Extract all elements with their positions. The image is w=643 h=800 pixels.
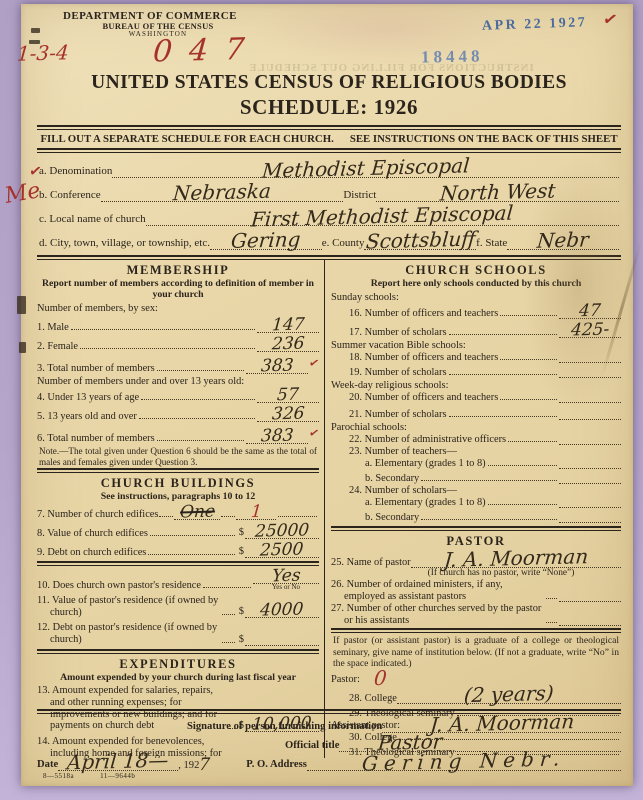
question-label: 4. Under 13 years of age xyxy=(37,392,139,403)
answer-line: 25000 xyxy=(245,524,319,539)
dotted-leader xyxy=(508,441,557,442)
field-label: d. City, town, village, or township, etc… xyxy=(39,237,210,250)
red-check-icon: ✓ xyxy=(307,355,320,372)
question-row-22: 22. Number of administrative officers xyxy=(331,434,621,445)
group-label: Number of members, by sex: xyxy=(37,303,319,314)
handwritten-value: 326 xyxy=(271,407,304,421)
dotted-leader xyxy=(141,399,255,400)
po-address-line: Gering Nebr. xyxy=(307,753,621,771)
red-code: 047 xyxy=(152,39,262,64)
question-row-4: 4. Under 13 years of age 57 xyxy=(37,388,319,403)
answer-line: 2500 xyxy=(245,543,319,558)
question-label: 2. Female xyxy=(37,341,78,352)
edge-mark xyxy=(31,28,40,33)
buildings-heading: CHURCH BUILDINGS xyxy=(37,476,319,491)
right-column: CHURCH SCHOOLS Report here only schools … xyxy=(324,260,621,758)
group-label: Number of members under and over 13 year… xyxy=(37,376,319,387)
field-line: Scottsbluff xyxy=(364,232,476,250)
answer-line: 4000 xyxy=(245,603,319,618)
handwritten-value: 147 xyxy=(271,318,304,332)
red-correction-value: 1 xyxy=(251,506,263,519)
question-label: 7. Number of church edifices xyxy=(37,509,158,520)
question-row-5: 5. 13 years old and over 326 xyxy=(37,407,319,422)
answer-line: (2 years) xyxy=(397,686,621,704)
field-row-denomination: a. Denomination Methodist Episcopal xyxy=(39,154,619,178)
question-label: 9. Debt on church edifices xyxy=(37,547,146,558)
question-row-10: 10. Does church own pastor's residence Y… xyxy=(37,569,319,591)
handwritten-value: 236 xyxy=(271,337,304,351)
correction-line: 1 xyxy=(236,505,276,520)
buildings-subheading: See instructions, paragraphs 10 to 12 xyxy=(37,492,319,503)
answer-line: Yes xyxy=(253,569,319,584)
field-label: c. Local name of church xyxy=(39,213,146,226)
question-label: 26. Number of ordained ministers, if any… xyxy=(331,579,544,602)
question-label: 18. Number of officers and teachers xyxy=(331,352,498,363)
dotted-leader xyxy=(421,519,557,520)
field-label: District xyxy=(343,189,376,202)
handwritten-value: J. A. Moorman xyxy=(443,549,588,568)
membership-subheading: Report number of members according to de… xyxy=(37,279,319,301)
answer-line: J. A. Moorman xyxy=(411,550,621,568)
red-check-icon: ✓ xyxy=(307,425,320,442)
question-label: 22. Number of administrative officers xyxy=(331,434,506,445)
divider xyxy=(331,526,621,531)
official-title-label: Official title xyxy=(285,740,339,752)
handwritten-value: North West xyxy=(439,184,556,202)
dotted-leader xyxy=(421,480,557,481)
graduate-instruction: If pastor (or assistant pastor) is a gra… xyxy=(333,635,619,669)
dotted-leader xyxy=(80,348,255,349)
answer-line: 147 xyxy=(257,318,319,333)
question-label: 16. Number of officers and teachers xyxy=(331,308,498,319)
date-line: April 18— xyxy=(58,753,178,771)
field-label: f. State xyxy=(476,237,507,250)
po-address-label: P. O. Address xyxy=(246,759,307,771)
answer-line-blank xyxy=(559,441,621,445)
census-schedule-sheet: INSTRUCTIONS FOR FILLING OUT SCHEDULE DE… xyxy=(21,4,633,786)
field-line: First Methodist Episcopal xyxy=(146,208,619,226)
field-line: Nebraska xyxy=(101,184,344,202)
dotted-leader xyxy=(488,504,557,505)
answer-line-blank xyxy=(559,416,621,420)
question-row-3: 3. Total number of members 383 ✓ xyxy=(37,356,319,374)
handwritten-value: Scottsbluff xyxy=(365,232,476,250)
dotted-leader xyxy=(222,614,235,615)
question-row-17: 17. Number of scholars 425- xyxy=(331,323,621,338)
handwritten-year-digit: 7 xyxy=(199,759,211,772)
handwritten-value: Methodist Episcopal xyxy=(261,158,470,178)
question-row-8: 8. Value of church edifices $ 25000 xyxy=(37,524,319,539)
question-label: 21. Number of scholars xyxy=(331,409,447,420)
question-row-12: 12. Debt on pastor's residence (if owned… xyxy=(37,622,319,645)
question-label: 6. Total number of members xyxy=(37,433,155,444)
left-column: MEMBERSHIP Report number of members acco… xyxy=(37,260,324,758)
answer-line-blank xyxy=(559,519,621,523)
scanned-census-form-page: { "misc": { "dollar": "$", "check": "✓" … xyxy=(0,0,643,800)
banner-text: FILL OUT A SEPARATE SCHEDULE FOR EACH CH… xyxy=(40,133,333,145)
question-label: 12. Debt on pastor's residence (if owned… xyxy=(37,622,220,645)
date-address-row: Date April 18— , 192 7 P. O. Address Ger… xyxy=(37,753,621,771)
dotted-leader xyxy=(546,598,557,599)
dotted-leader xyxy=(203,587,251,588)
handwritten-value: Gering xyxy=(231,232,302,249)
field-label: e. County xyxy=(322,237,365,250)
form-number-block: 8—5518a 11—9644b xyxy=(37,772,621,780)
signature-section: Signature of person furnishing informati… xyxy=(37,709,621,780)
question-label: 27. Number of other churches served by t… xyxy=(331,603,544,626)
question-row-9: 9. Debt on church edifices $ 2500 xyxy=(37,543,319,558)
handwritten-value: Nebr xyxy=(537,232,590,248)
dotted-leader xyxy=(222,642,235,643)
divider xyxy=(37,468,319,473)
dotted-leader xyxy=(278,516,317,517)
question-label: 24. Number of scholars— xyxy=(331,485,457,496)
question-row-27: 27. Number of other churches served by t… xyxy=(331,603,621,626)
handwritten-value: Pastor xyxy=(377,734,443,751)
question-label: 1. Male xyxy=(37,322,69,333)
handwritten-value: Yes xyxy=(271,570,301,584)
field-label: b. Conference xyxy=(39,189,101,202)
dotted-leader xyxy=(159,516,173,517)
dotted-leader xyxy=(488,465,557,466)
answer-line-blank xyxy=(559,480,621,484)
answer-line-blank xyxy=(559,598,621,602)
divider xyxy=(331,628,621,633)
identification-section: a. Denomination Methodist Episcopal b. C… xyxy=(37,153,621,255)
answer-line: 326 xyxy=(257,407,319,422)
question-row-1: 1. Male 147 xyxy=(37,318,319,333)
question-row-24: 24. Number of scholars— xyxy=(331,485,621,496)
question-row-2: 2. Female 236 xyxy=(37,337,319,352)
question-label: b. Secondary xyxy=(331,512,419,523)
handwritten-date: April 18— xyxy=(67,753,170,771)
dollar-sign: $ xyxy=(239,527,244,538)
answer-line: 383 xyxy=(246,359,308,374)
yes-no-answer: Yes Yes or No xyxy=(253,569,319,591)
red-notation: 1-3-4 xyxy=(16,45,69,61)
handwritten-value: 383 xyxy=(260,429,293,443)
question-label: 10. Does church own pastor's residence xyxy=(37,580,201,591)
handwritten-value: 383 xyxy=(260,359,293,373)
answer-line-blank xyxy=(245,642,319,646)
field-row-conference: b. Conference Nebraska District North We… xyxy=(39,178,619,202)
edge-mark xyxy=(17,296,26,314)
membership-heading: MEMBERSHIP xyxy=(37,263,319,278)
printed-year-prefix: , 192 xyxy=(178,760,199,771)
dotted-leader xyxy=(71,329,255,330)
answer-line-blank xyxy=(559,622,621,626)
field-line: Gering xyxy=(210,232,322,250)
question-row-23: 23. Number of teachers— xyxy=(331,446,621,457)
question-label: 17. Number of scholars xyxy=(331,327,447,338)
expenditures-subheading: Amount expended by your church during la… xyxy=(37,673,319,684)
expenditures-heading: EXPENDITURES xyxy=(37,657,319,672)
question-label: a. Elementary (grades 1 to 8) xyxy=(331,458,486,469)
question-label: 28. College xyxy=(331,693,397,704)
question-label: 3. Total number of members xyxy=(37,363,155,374)
dotted-leader xyxy=(221,516,235,517)
question-label: 23. Number of teachers— xyxy=(331,446,457,457)
handwritten-value: 47 xyxy=(579,305,602,318)
answer-line: 57 xyxy=(257,388,319,403)
pastor-subsection-label: Pastor: xyxy=(331,674,360,685)
form-schedule-title: SCHEDULE: 1926 xyxy=(37,95,621,120)
question-row-24a: a. Elementary (grades 1 to 8) xyxy=(331,497,621,508)
question-label: b. Secondary xyxy=(331,473,419,484)
question-row-23b: b. Secondary xyxy=(331,473,621,484)
form-title: UNITED STATES CENSUS OF RELIGIOUS BODIES xyxy=(37,72,621,94)
handwritten-value: Nebraska xyxy=(172,184,271,202)
field-line: Methodist Episcopal xyxy=(112,160,619,178)
question-label: 19. Number of scholars xyxy=(331,367,447,378)
received-date-stamp: APR 22 1927 xyxy=(481,15,587,35)
question-label: a. Elementary (grades 1 to 8) xyxy=(331,497,486,508)
field-line: North West xyxy=(376,184,619,202)
serial-number-stamp: 18448 xyxy=(420,46,483,67)
question-row-7: 7. Number of church edifices One 1 xyxy=(37,505,319,520)
question-row-24b: b. Secondary xyxy=(331,512,621,523)
signature-row: Signature of person furnishing informati… xyxy=(37,715,621,733)
handwritten-value: 2500 xyxy=(260,544,304,558)
group-label: Parochial schools: xyxy=(331,422,621,433)
dollar-sign: $ xyxy=(239,634,244,645)
question-label: 8. Value of church edifices xyxy=(37,528,148,539)
answer-line-blank xyxy=(559,504,621,508)
dotted-leader xyxy=(148,554,234,555)
dotted-leader xyxy=(157,440,244,441)
question-row-23a: a. Elementary (grades 1 to 8) xyxy=(331,458,621,469)
dotted-leader xyxy=(150,535,235,536)
membership-note: Note.—The total given under Question 6 s… xyxy=(39,446,317,468)
question-row-26: 26. Number of ordained ministers, if any… xyxy=(331,579,621,602)
handwritten-value: First Methodist Episcopal xyxy=(251,206,514,228)
field-row-church-name: c. Local name of church First Methodist … xyxy=(39,202,619,226)
question-row-25: 25. Name of pastor J. A. Moorman xyxy=(331,550,621,568)
handwritten-address: Gering Nebr. xyxy=(362,751,567,771)
handwritten-signature: J. A. Moorman xyxy=(429,714,574,733)
field-line: Nebr xyxy=(507,232,619,250)
handwritten-value: 25000 xyxy=(254,524,309,538)
red-zero-mark: 0 xyxy=(373,671,387,686)
question-row-11: 11. Value of pastor's residence (if owne… xyxy=(37,595,319,618)
answer-line-blank xyxy=(559,465,621,469)
question-label: 25. Name of pastor xyxy=(331,557,411,568)
question-row-6: 6. Total number of members 383 ✓ xyxy=(37,426,319,444)
handwritten-value: 425- xyxy=(570,323,609,337)
handwritten-value: 57 xyxy=(277,388,300,401)
field-label: a. Denomination xyxy=(39,165,112,178)
edge-mark xyxy=(19,342,26,353)
field-row-city-county-state: d. City, town, village, or township, etc… xyxy=(39,226,619,250)
question-label: 20. Number of officers and teachers xyxy=(331,392,498,403)
banner-text: SEE INSTRUCTIONS ON THE BACK OF THIS SHE… xyxy=(350,133,618,145)
dotted-leader xyxy=(139,418,255,419)
question-label: 5. 13 years old and over xyxy=(37,411,137,422)
red-check-icon: ✓ xyxy=(601,9,619,32)
question-label: 11. Value of pastor's residence (if owne… xyxy=(37,595,220,618)
answer-line: 383 xyxy=(246,429,308,444)
dollar-sign: $ xyxy=(239,546,244,557)
dollar-sign: $ xyxy=(239,606,244,617)
dotted-leader xyxy=(157,370,244,371)
handwritten-value-struck: One xyxy=(179,506,215,520)
handwritten-value: 4000 xyxy=(260,604,304,618)
dotted-leader xyxy=(546,622,557,623)
handwritten-value: (2 years) xyxy=(464,686,555,703)
dotted-leader xyxy=(449,416,557,417)
red-margin-scribble: Me xyxy=(4,183,42,205)
date-label: Date xyxy=(37,759,58,771)
instruction-banner: FILL OUT A SEPARATE SCHEDULE FOR EACH CH… xyxy=(37,130,621,148)
signature-label: Signature of person furnishing informati… xyxy=(187,721,382,733)
answer-line: 236 xyxy=(257,337,319,352)
divider xyxy=(37,649,319,654)
answer-line: One xyxy=(174,505,220,520)
